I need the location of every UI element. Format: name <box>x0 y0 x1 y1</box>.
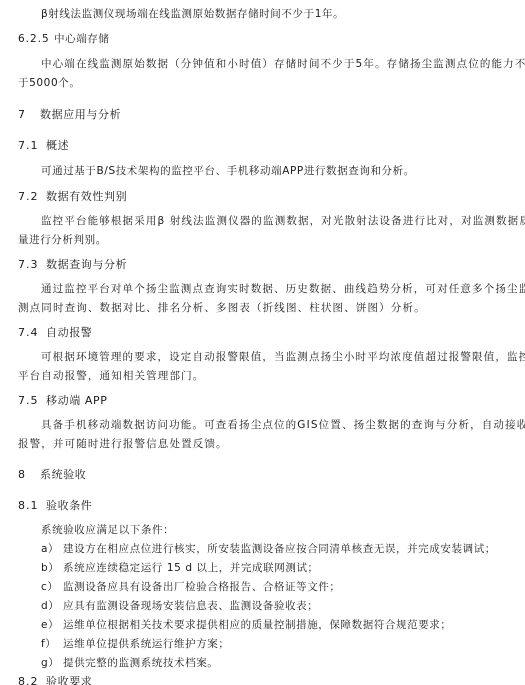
section-title: 数据应用与分析 <box>40 108 121 121</box>
paragraph-mobile-line2: 报警，并可随时进行报警信息处置反馈。 <box>18 439 228 450</box>
heading-8-1: 8.1验收条件 <box>18 500 92 511</box>
list-label: c） <box>41 582 58 593</box>
paragraph-query-line2: 测点同时查询、数据对比、排名分析、多图表（折线图、柱状图、饼图）分析。 <box>18 303 426 314</box>
list-text: 应具有监测设备现场安装信息表、监测设备验收表； <box>63 601 318 612</box>
paragraph-alarm-line2: 平台自动报警，通知相关管理部门。 <box>18 371 204 382</box>
section-title: 概述 <box>46 139 69 152</box>
section-number: 6.2.5 <box>18 34 54 45</box>
section-title: 系统验收 <box>40 468 86 481</box>
paragraph-mobile-line1: 具备手机移动端数据访问功能。可查看扬尘点位的GIS位置、扬尘数据的查询与分析，自… <box>41 420 525 431</box>
heading-7-4: 7.4自动报警 <box>18 327 92 338</box>
list-label: b） <box>41 563 59 574</box>
heading-7-5: 7.5移动端 APP <box>18 395 108 406</box>
list-label: f） <box>41 639 56 650</box>
paragraph-center-storage-line1: 中心端在线监测原始数据（分钟值和小时值）存储时间不少于5年。存储扬尘监测点位的能… <box>41 59 525 70</box>
list-text: 运维单位根据相关技术要求提供相应的质量控制措施，保障数据符合规范要求； <box>63 620 452 631</box>
heading-8: 8系统验收 <box>18 469 86 480</box>
section-number: 8 <box>18 469 40 480</box>
list-label: g） <box>41 658 59 669</box>
section-title: 数据有效性判别 <box>46 190 127 203</box>
list-label: d） <box>41 601 59 612</box>
list-label: a） <box>41 544 59 555</box>
list-text: 提供完整的监测系统技术档案。 <box>63 658 218 669</box>
heading-7-2: 7.2数据有效性判别 <box>18 191 127 202</box>
list-text: 系统应连续稳定运行 15 d 以上，并完成联网测试； <box>63 563 319 574</box>
paragraph-validity-line1: 监控平台能够根据采用β 射线法监测仪器的监测数据，对光散射法设备进行比对，对监测… <box>41 216 525 227</box>
section-title: 验收要求 <box>46 675 92 685</box>
section-number: 8.2 <box>18 676 46 685</box>
paragraph-beta-storage: β射线法监测仪现场端在线监测原始数据存储时间不少于1年。 <box>41 9 344 20</box>
section-title: 移动端 APP <box>46 394 108 407</box>
section-number: 7.5 <box>18 395 46 406</box>
section-title: 自动报警 <box>46 326 92 339</box>
section-title: 数据查询与分析 <box>46 258 127 271</box>
list-label: e） <box>41 620 59 631</box>
heading-8-2: 8.2验收要求 <box>18 676 92 685</box>
section-number: 7.4 <box>18 327 46 338</box>
paragraph-center-storage-line2: 于5000个。 <box>18 78 80 89</box>
list-text: 运维单位提供系统运行维护方案； <box>63 639 230 650</box>
heading-7: 7数据应用与分析 <box>18 109 121 120</box>
heading-7-1: 7.1概述 <box>18 140 69 151</box>
section-title: 中心端存储 <box>54 33 110 45</box>
paragraph-acceptance-intro: 系统验收应满足以下条件： <box>41 525 174 536</box>
document-page: β射线法监测仪现场端在线监测原始数据存储时间不少于1年。 6.2.5中心端存储 … <box>0 0 525 685</box>
list-text: 建设方在相应点位进行核实，所安装监测设备应按合同清单核查无误，并完成安装调试； <box>63 544 496 555</box>
section-number: 7.2 <box>18 191 46 202</box>
paragraph-alarm-line1: 可根据环境管理的要求，设定自动报警限值，当监测点扬尘小时平均浓度值超过报警限值，… <box>41 352 525 363</box>
heading-6-2-5: 6.2.5中心端存储 <box>18 34 110 45</box>
section-number: 8.1 <box>18 500 46 511</box>
paragraph-validity-line2: 量进行分析判别。 <box>18 235 107 246</box>
heading-7-3: 7.3数据查询与分析 <box>18 259 127 270</box>
paragraph-query-line1: 通过监控平台对单个扬尘监测点查询实时数据、历史数据、曲线趋势分析，可对任意多个扬… <box>41 284 525 295</box>
section-number: 7 <box>18 109 40 120</box>
list-text: 监测设备应具有设备出厂检验合格报告、合格证等文件； <box>63 582 341 593</box>
section-number: 7.3 <box>18 259 46 270</box>
paragraph-overview: 可通过基于B/S技术架构的监控平台、手机移动端APP进行数据查询和分析。 <box>41 166 415 177</box>
section-title: 验收条件 <box>46 499 92 512</box>
section-number: 7.1 <box>18 140 46 151</box>
